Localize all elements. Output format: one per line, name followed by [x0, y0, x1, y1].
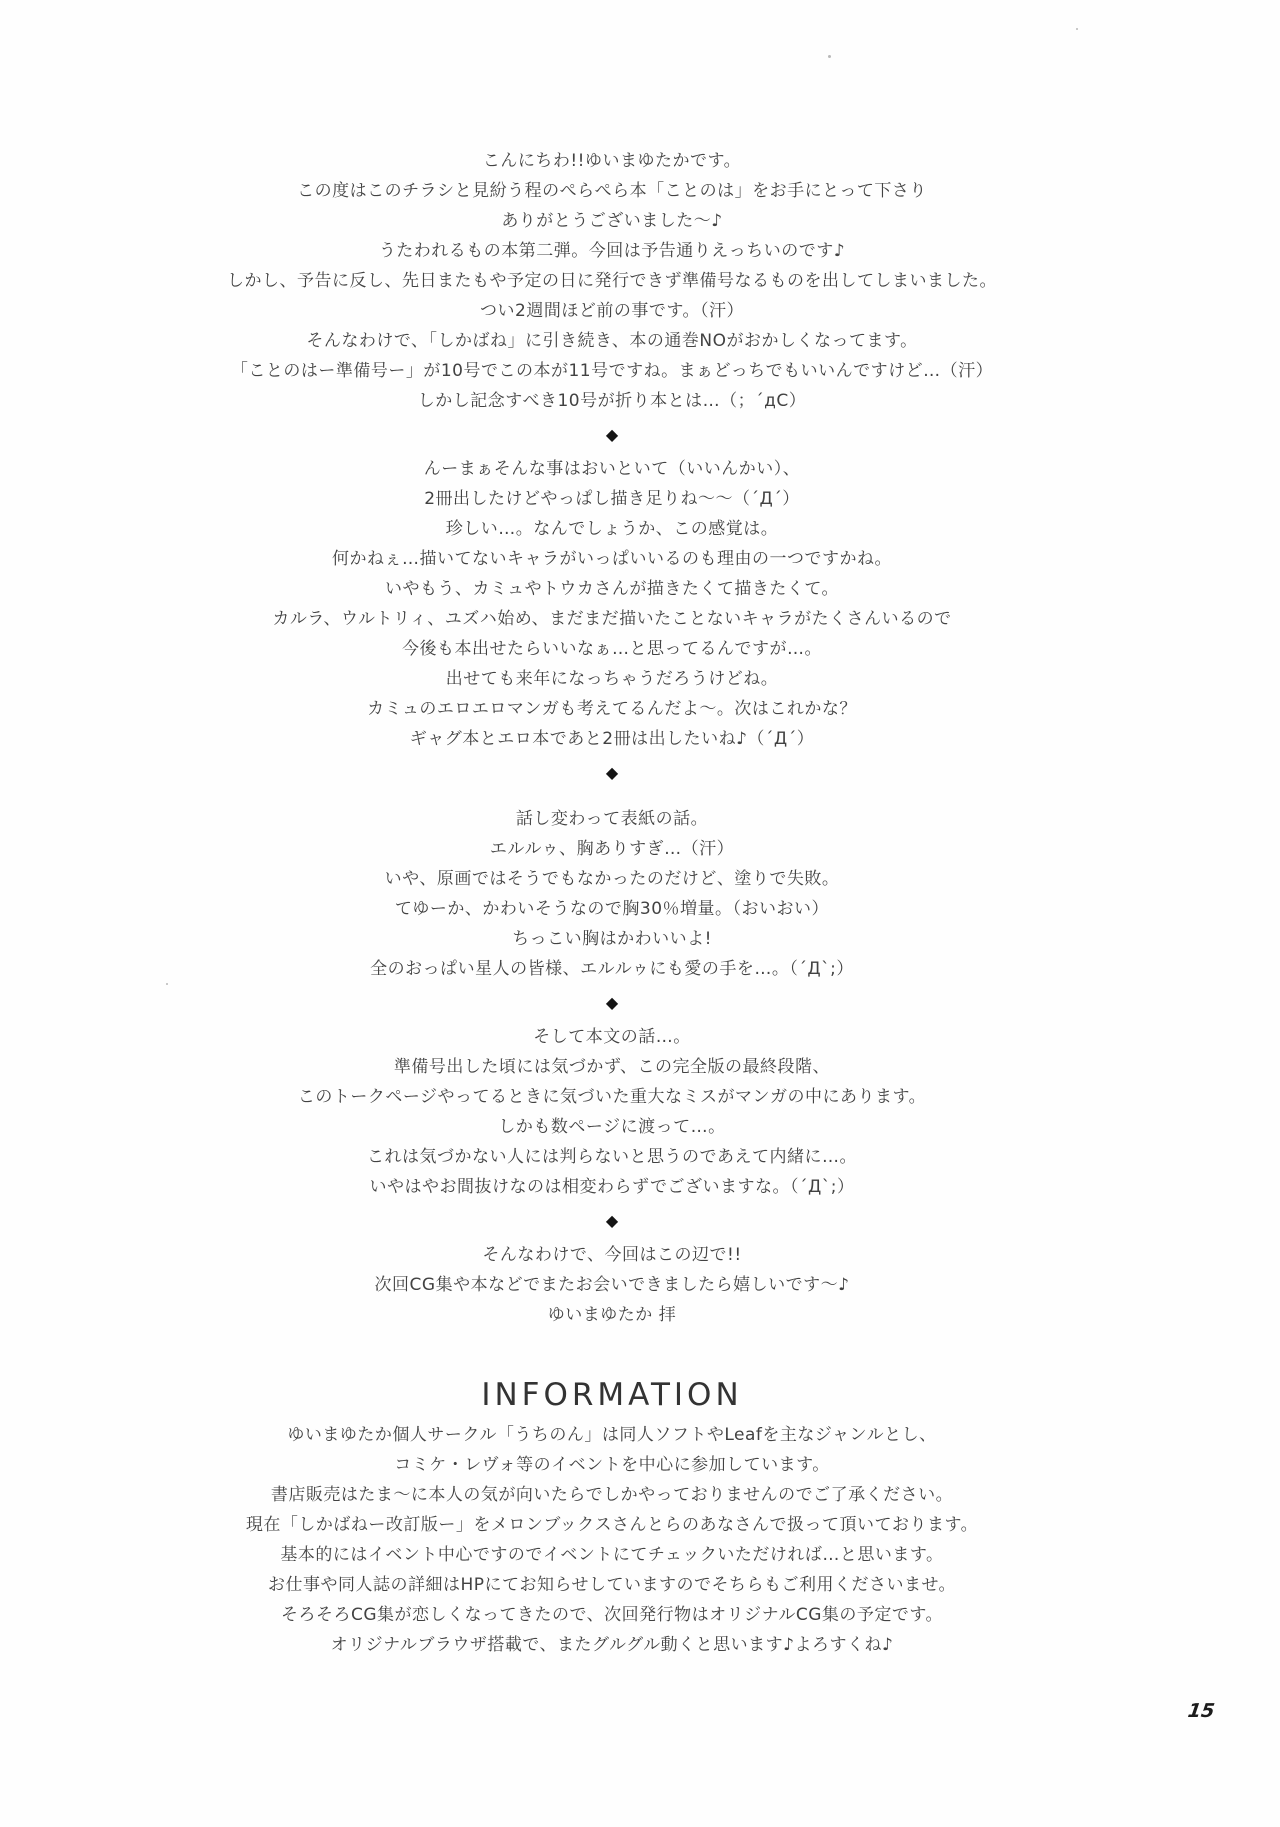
talk-line: そんなわけで、「しかばね」に引き続き、本の通巻NOがおかしくなってます。 — [0, 326, 1224, 356]
info-line: コミケ・レヴォ等のイベントを中心に参加しています。 — [0, 1450, 1224, 1480]
info-line: そろそろCG集が恋しくなってきたので、次回発行物はオリジナルCG集の予定です。 — [0, 1600, 1224, 1630]
talk-line: 今後も本出せたらいいなぁ…と思ってるんですが…。 — [0, 634, 1224, 664]
talk-line: いや、原画ではそうでもなかったのだけど、塗りで失敗。 — [0, 864, 1224, 894]
page-number: 15 — [1186, 1700, 1216, 1722]
talk-line: このトークページやってるときに気づいた重大なミスがマンガの中にあります。 — [0, 1082, 1224, 1112]
info-line: ゆいまゆたか個人サークル「うちのん」は同人ソフトやLeafを主なジャンルとし、 — [0, 1420, 1224, 1450]
talk-line: うたわれるもの本第二弾。今回は予告通りえっちいのです♪ — [0, 236, 1224, 266]
talk-line: しかし、予告に反し、先日またもや予定の日に発行できず準備号なるものを出してしまい… — [0, 266, 1224, 296]
talk-line: いやもう、カミュやトウカさんが描きたくて描きたくて。 — [0, 574, 1224, 604]
scan-speck — [166, 983, 168, 985]
info-line: 現在「しかばねー改訂版ー」をメロンブックスさんとらのあなさんで扱って頂いておりま… — [0, 1510, 1224, 1540]
talk-line: 話し変わって表紙の話。 — [0, 804, 1224, 834]
talk-line: そんなわけで、今回はこの辺で!! — [0, 1240, 1224, 1270]
info-line: オリジナルブラウザ搭載で、またグルグル動くと思います♪よろすくね♪ — [0, 1630, 1224, 1660]
talk-signature: ゆいまゆたか 拝 — [0, 1300, 1224, 1330]
scan-speck — [828, 55, 831, 58]
diamond-divider-icon: ◆ — [0, 984, 1224, 1022]
talk-line: しかも数ページに渡って…。 — [0, 1112, 1224, 1142]
talk-line: 2冊出したけどやっぱし描き足りね〜〜（´Д´） — [0, 484, 1224, 514]
talk-line: そして本文の話…。 — [0, 1022, 1224, 1052]
talk-line: んーまぁそんな事はおいといて（いいんかい）、 — [0, 454, 1224, 484]
talk-line: 全のおっぱい星人の皆様、エルルゥにも愛の手を…。（´Д`;） — [0, 954, 1224, 984]
talk-line: カミュのエロエロマンガも考えてるんだよ〜。次はこれかな？ — [0, 694, 1224, 724]
diamond-divider-icon: ◆ — [0, 754, 1224, 792]
scanned-afterword-page: こんにちわ!!ゆいまゆたかです。 この度はこのチラシと見紛う程のぺらぺら本「こと… — [0, 0, 1280, 1827]
talk-line: 「ことのはー準備号ー」が10号でこの本が11号ですね。まぁどっちでもいいんですけ… — [0, 356, 1224, 386]
talk-line: エルルゥ、胸ありすぎ…（汗） — [0, 834, 1224, 864]
talk-section: こんにちわ!!ゆいまゆたかです。 この度はこのチラシと見紛う程のぺらぺら本「こと… — [0, 0, 1224, 1660]
talk-block-cover: 話し変わって表紙の話。 エルルゥ、胸ありすぎ…（汗） いや、原画ではそうでもなか… — [0, 804, 1224, 984]
talk-line: 次回CG集や本などでまたお会いできましたら嬉しいです〜♪ — [0, 1270, 1224, 1300]
talk-line: いやはやお間抜けなのは相変わらずでございますな。（´Д`;） — [0, 1172, 1224, 1202]
talk-line: 珍しい…。なんでしょうか、この感覚は。 — [0, 514, 1224, 544]
info-line: 基本的にはイベント中心ですのでイベントにてチェックいただければ…と思います。 — [0, 1540, 1224, 1570]
talk-line: てゆーか、かわいそうなので胸30％増量。（おいおい） — [0, 894, 1224, 924]
talk-line: ギャグ本とエロ本であと2冊は出したいね♪（´Д´） — [0, 724, 1224, 754]
talk-line: カルラ、ウルトリィ、ユズハ始め、まだまだ描いたことないキャラがたくさんいるので — [0, 604, 1224, 634]
diamond-divider-icon: ◆ — [0, 416, 1224, 454]
talk-line: しかし記念すべき10号が折り本とは…（；´дC） — [0, 386, 1224, 416]
talk-line: 出せても来年になっちゃうだろうけどね。 — [0, 664, 1224, 694]
info-line: お仕事や同人誌の詳細はHPにてお知らせしていますのでそちらもご利用くださいませ。 — [0, 1570, 1224, 1600]
talk-line: ありがとうございました〜♪ — [0, 206, 1224, 236]
info-line: 書店販売はたま〜に本人の気が向いたらでしかやっておりませんのでご了承ください。 — [0, 1480, 1224, 1510]
talk-line: 準備号出した頃には気づかず、この完全版の最終段階、 — [0, 1052, 1224, 1082]
information-heading: INFORMATION — [0, 1370, 1224, 1420]
talk-line: こんにちわ!!ゆいまゆたかです。 — [0, 146, 1224, 176]
talk-line: ちっこい胸はかわいいよ! — [0, 924, 1224, 954]
talk-line: この度はこのチラシと見紛う程のぺらぺら本「ことのは」をお手にとって下さり — [0, 176, 1224, 206]
diamond-divider-icon: ◆ — [0, 1202, 1224, 1240]
talk-line: つい2週間ほど前の事です。（汗） — [0, 296, 1224, 326]
talk-line: 何かねぇ…描いてないキャラがいっぱいいるのも理由の一つですかね。 — [0, 544, 1224, 574]
talk-line: これは気づかない人には判らないと思うのであえて内緒に…。 — [0, 1142, 1224, 1172]
scan-speck — [1076, 28, 1078, 30]
